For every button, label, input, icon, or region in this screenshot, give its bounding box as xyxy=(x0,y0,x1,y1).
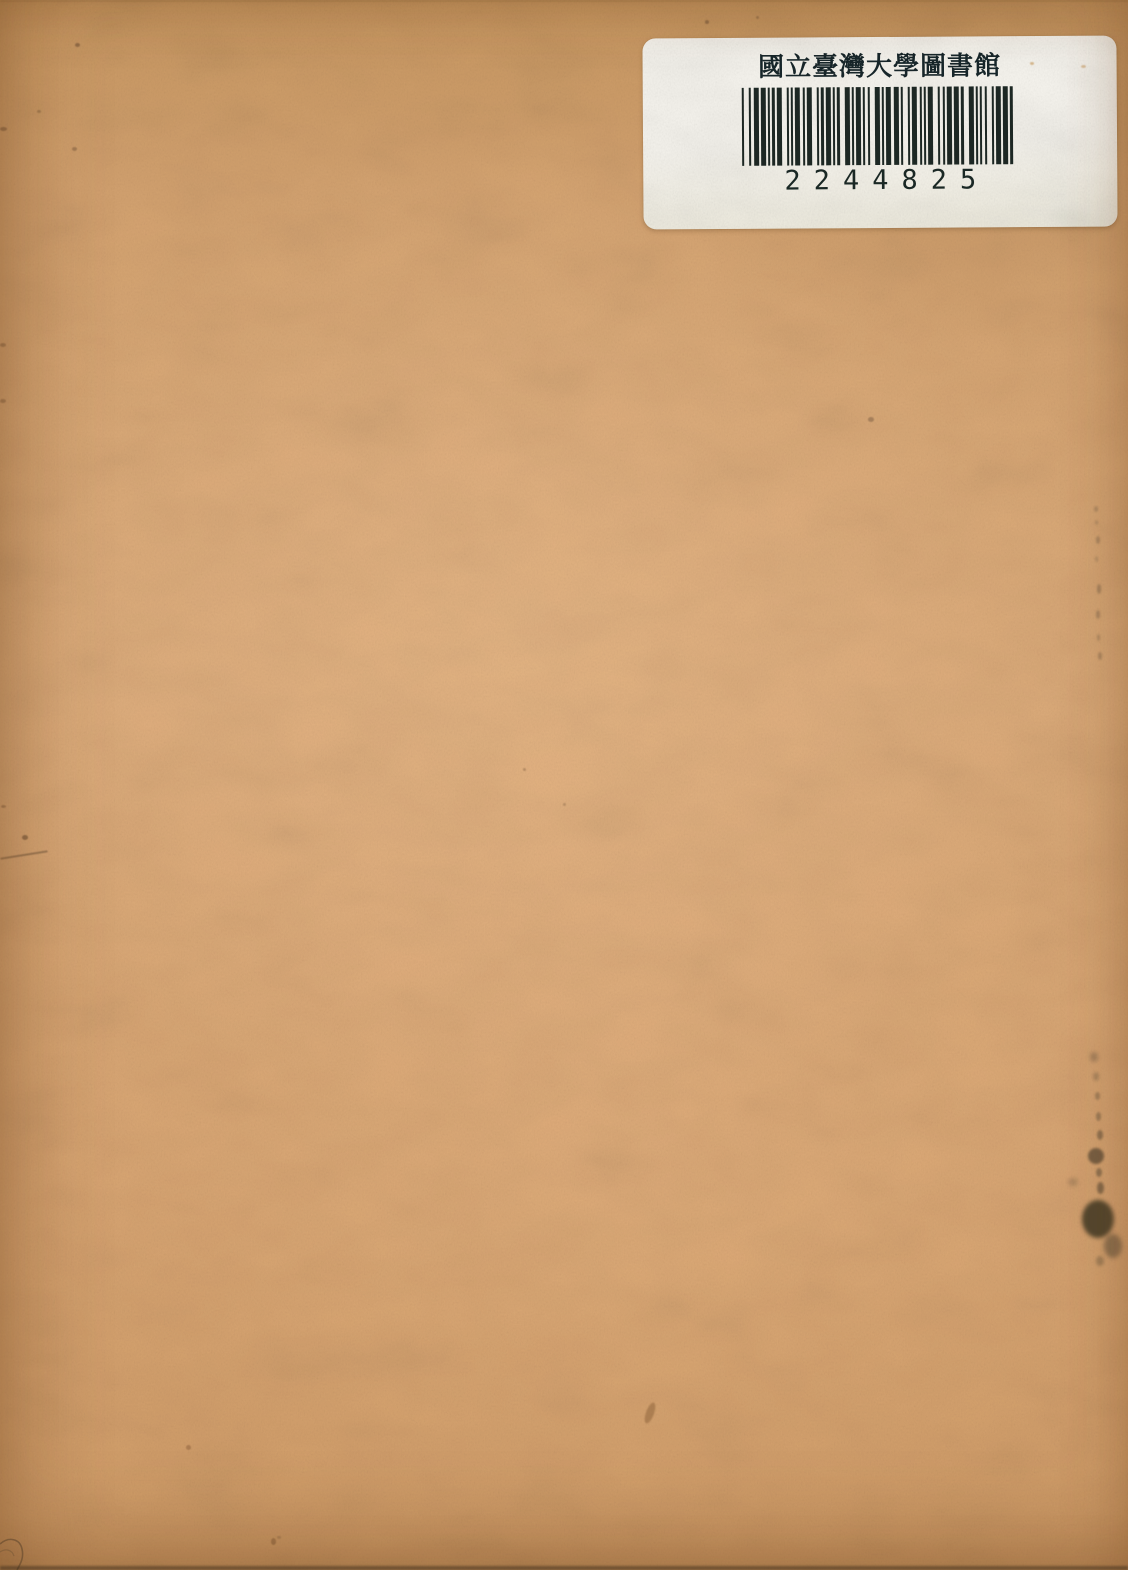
paper-mark xyxy=(1094,506,1098,512)
paper-mark xyxy=(1082,1200,1114,1238)
paper-mark xyxy=(1068,1178,1078,1186)
paper-mark xyxy=(0,0,1128,2)
paper-mark xyxy=(756,16,759,19)
paper-mark xyxy=(186,1445,191,1450)
paper-mark xyxy=(0,127,7,131)
paper-mark xyxy=(0,343,6,347)
paper-mark xyxy=(271,1538,276,1545)
paper-mark xyxy=(1096,1256,1104,1266)
paper-mark xyxy=(1097,1130,1103,1140)
paper-mark xyxy=(1095,1092,1100,1100)
paper-mark xyxy=(1104,1234,1122,1258)
paper-mark xyxy=(1090,1052,1098,1062)
paper-mark xyxy=(75,43,80,47)
paper-mark xyxy=(642,1401,657,1424)
paper-mark xyxy=(1093,1072,1099,1081)
barcode xyxy=(742,86,1018,166)
library-name: 國立臺灣大學圖書館 xyxy=(643,53,1117,82)
paper-mark xyxy=(1096,610,1100,619)
vignette-overlay xyxy=(0,0,1128,1570)
paper-mark xyxy=(72,147,77,151)
paper-mark xyxy=(37,110,41,113)
pencil-doodle xyxy=(0,1534,40,1570)
library-label: 國立臺灣大學圖書館 2244825 xyxy=(642,36,1117,230)
paper-mark xyxy=(277,1536,281,1539)
paper-mark xyxy=(1095,520,1098,525)
paper-mark xyxy=(1097,584,1101,594)
paper-mark xyxy=(1096,1112,1101,1121)
paper-mark xyxy=(1,805,6,808)
paper-mark xyxy=(22,835,28,840)
barcode-bar xyxy=(1010,86,1013,164)
paper-mark xyxy=(0,850,48,859)
paper-mark xyxy=(1098,652,1102,660)
paper-texture-blotch xyxy=(0,0,1128,1570)
paper-mark xyxy=(705,20,709,24)
paper-mark xyxy=(563,803,566,806)
barcode-number: 2244825 xyxy=(742,164,1018,198)
paper-mark xyxy=(868,417,874,422)
paper-mark xyxy=(1096,1168,1102,1177)
paper-texture-fiber xyxy=(0,0,1128,1570)
scan-edge-shadow xyxy=(0,1566,1128,1570)
paper-mark xyxy=(1095,556,1098,562)
paper-mark xyxy=(1088,1148,1104,1164)
paper-mark xyxy=(0,399,6,403)
scanned-page: 國立臺灣大學圖書館 2244825 xyxy=(0,0,1128,1570)
paper-mark xyxy=(1096,536,1100,544)
paper-mark xyxy=(523,768,526,771)
paper-mark xyxy=(1097,634,1100,641)
paper-mark xyxy=(1097,1182,1104,1194)
paper-marks xyxy=(0,0,1128,1570)
